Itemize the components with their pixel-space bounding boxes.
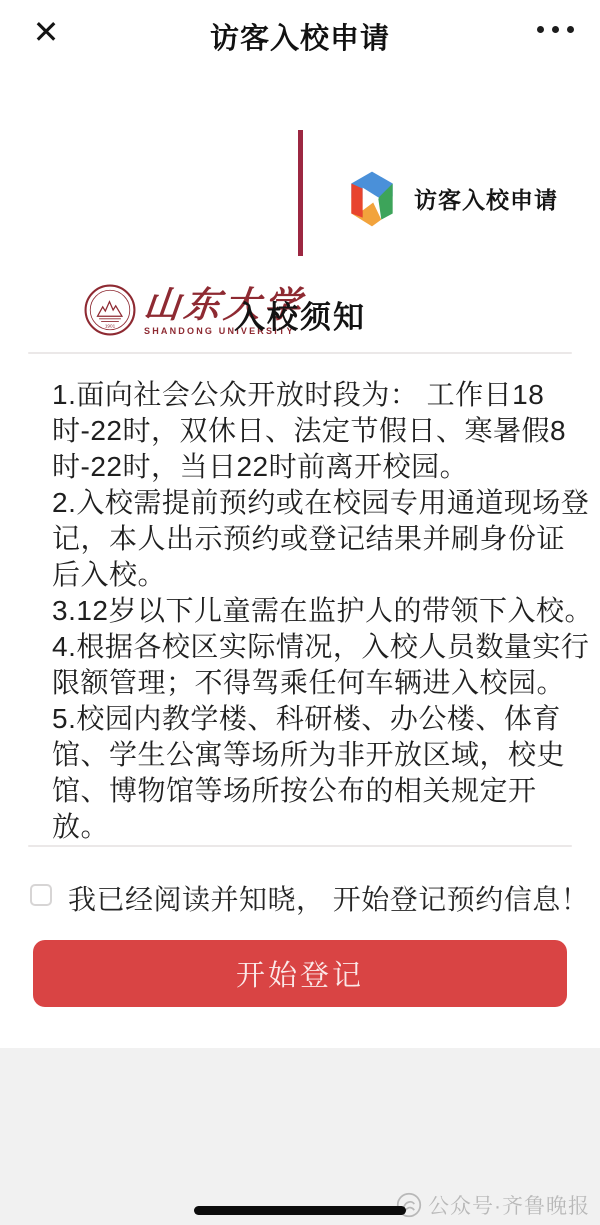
notice-line: 1.面向社会公众开放时段为： 工作日18 xyxy=(52,377,568,413)
notice-line: 放。 xyxy=(52,809,568,845)
agreement-row: 我已经阅读并知晓， 开始登记预约信息！ xyxy=(30,876,570,916)
notice-body: 1.面向社会公众开放时段为： 工作日18时-22时，双休日、法定节假日、寒暑假8… xyxy=(52,377,568,845)
visitor-app-cube-icon xyxy=(346,168,398,230)
notice-line: 2.入校需提前预约或在校园专用通道现场登 xyxy=(52,485,568,521)
home-indicator[interactable] xyxy=(194,1206,406,1215)
start-registration-button[interactable]: 开始登记 xyxy=(33,940,567,1007)
watermark: 公众号·齐鲁晚报 xyxy=(396,1190,590,1220)
agreement-checkbox[interactable] xyxy=(30,884,52,906)
notice-line: 4.根据各校区实际情况，入校人员数量实行 xyxy=(52,629,568,665)
app-title: 访客入校申请 xyxy=(414,182,558,215)
page-title: 访客入校申请 xyxy=(0,16,600,57)
more-menu-icon[interactable] xyxy=(537,26,574,33)
vertical-divider xyxy=(298,130,303,256)
divider-bottom xyxy=(28,845,572,847)
notice-line: 3.12岁以下儿童需在监护人的带领下入校。 xyxy=(52,593,568,629)
notice-line: 馆、学生公寓等场所为非开放区域，校史 xyxy=(52,737,568,773)
divider-top xyxy=(28,352,572,354)
footer-area: 公众号·齐鲁晚报 xyxy=(0,1048,600,1225)
notice-line: 时-22时，双休日、法定节假日、寒暑假8 xyxy=(52,413,568,449)
notice-line: 限额管理；不得驾乘任何车辆进入校园。 xyxy=(52,665,568,701)
agreement-label[interactable]: 我已经阅读并知晓， 开始登记预约信息！ xyxy=(68,878,589,918)
notice-section-title: 入校须知 xyxy=(0,292,600,337)
brand-header: 1901 山东大学 SHANDONG UNIVERSITY 访客入校申请 xyxy=(0,120,600,270)
visitor-application-page: ✕ 访客入校申请 1901 山东大学 SHANDONG UNIVERSITY xyxy=(0,0,600,1225)
watermark-text: 公众号·齐鲁晚报 xyxy=(428,1190,590,1220)
notice-line: 馆、博物馆等场所按公布的相关规定开 xyxy=(52,773,568,809)
top-navigation-bar: ✕ 访客入校申请 xyxy=(0,0,600,62)
notice-line: 5.校园内教学楼、科研楼、办公楼、体育 xyxy=(52,701,568,737)
notice-line: 后入校。 xyxy=(52,557,568,593)
notice-line: 时-22时，当日22时前离开校园。 xyxy=(52,449,568,485)
notice-line: 记，本人出示预约或登记结果并刷身份证 xyxy=(52,521,568,557)
